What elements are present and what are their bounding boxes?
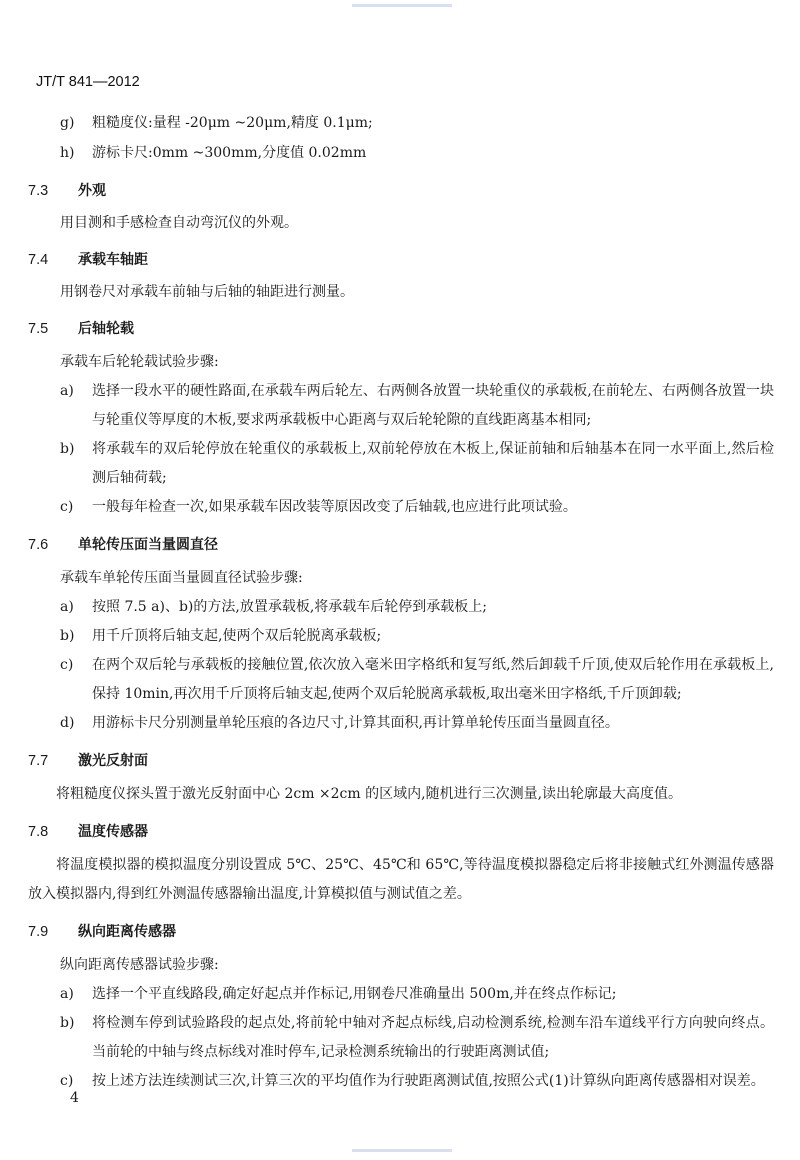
section-heading: 7.8 温度传感器 xyxy=(28,821,774,843)
intro-list: g) 粗糙度仪:量程 -20μm ~20μm,精度 0.1μm; h) 游标卡尺… xyxy=(60,108,774,168)
steps-list: 承载车后轮轮载试验步骤: a) 选择一段水平的硬性路面,在承载车两后轮左、右两侧… xyxy=(60,348,774,522)
section-paragraph: 将温度模拟器的模拟温度分别设置成 5℃、25℃、45℃和 65℃,等待温度模拟器… xyxy=(28,851,774,909)
steps-lead: 承载车后轮轮载试验步骤: xyxy=(60,348,774,377)
list-item: c) 按上述方法连续测试三次,计算三次的平均值作为行驶距离测试值,按照公式(1)… xyxy=(60,1067,774,1096)
steps-list: 纵向距离传感器试验步骤: a) 选择一个平直线路段,确定好起点并作标记,用钢卷尺… xyxy=(60,951,774,1096)
section-paragraph: 用钢卷尺对承载车前轴与后轴的轴距进行测量。 xyxy=(60,281,774,304)
steps-list: 承载车单轮传压面当量圆直径试验步骤: a) 按照 7.5 a)、b)的方法,放置… xyxy=(60,564,774,738)
list-item: c) 在两个双后轮与承载板的接触位置,依次放入毫米田字格纸和复写纸,然后卸载千斤… xyxy=(60,651,774,709)
list-item: h) 游标卡尺:0mm ~300mm,分度值 0.02mm xyxy=(60,138,774,168)
steps-lead: 承载车单轮传压面当量圆直径试验步骤: xyxy=(60,564,774,593)
section-heading: 7.6 单轮传压面当量圆直径 xyxy=(28,534,774,556)
section-heading: 7.3 外观 xyxy=(28,180,774,202)
section-heading: 7.9 纵向距离传感器 xyxy=(28,921,774,943)
standard-code: JT/T 841—2012 xyxy=(36,74,140,90)
page-number: 4 xyxy=(70,1090,79,1106)
section-heading: 7.4 承载车轴距 xyxy=(28,249,774,271)
list-item: g) 粗糙度仪:量程 -20μm ~20μm,精度 0.1μm; xyxy=(60,108,774,138)
section-paragraph: 将粗糙度仪探头置于激光反射面中心 2cm ×2cm 的区域内,随机进行三次测量,… xyxy=(28,780,774,809)
watermark-bottom xyxy=(0,1149,800,1155)
section-heading: 7.7 激光反射面 xyxy=(28,750,774,772)
list-item: a) 按照 7.5 a)、b)的方法,放置承载板,将承载车后轮停到承载板上; xyxy=(60,593,774,622)
list-item: a) 选择一个平直线路段,确定好起点并作标记,用钢卷尺准确量出 500m,并在终… xyxy=(60,980,774,1009)
list-item: b) 用千斤顶将后轴支起,使两个双后轮脱离承载板; xyxy=(60,622,774,651)
list-item: b) 将承载车的双后轮停放在轮重仪的承载板上,双前轮停放在木板上,保证前轴和后轴… xyxy=(60,435,774,493)
list-item: a) 选择一段水平的硬性路面,在承载车两后轮左、右两侧各放置一块轮重仪的承载板,… xyxy=(60,377,774,435)
list-item: b) 将检测车停到试验路段的起点处,将前轮中轴对齐起点标线,启动检测系统,检测车… xyxy=(60,1009,774,1067)
list-item: c) 一般每年检查一次,如果承载车因改装等原因改变了后轴载,也应进行此项试验。 xyxy=(60,493,774,522)
document-body: g) 粗糙度仪:量程 -20μm ~20μm,精度 0.1μm; h) 游标卡尺… xyxy=(56,108,774,1096)
list-item: d) 用游标卡尺分别测量单轮压痕的各边尺寸,计算其面积,再计算单轮传压面当量圆直… xyxy=(60,709,774,738)
section-heading: 7.5 后轴轮载 xyxy=(28,318,774,340)
section-paragraph: 用目测和手感检查自动弯沉仪的外观。 xyxy=(60,212,774,235)
watermark-top xyxy=(0,4,800,10)
steps-lead: 纵向距离传感器试验步骤: xyxy=(60,951,774,980)
